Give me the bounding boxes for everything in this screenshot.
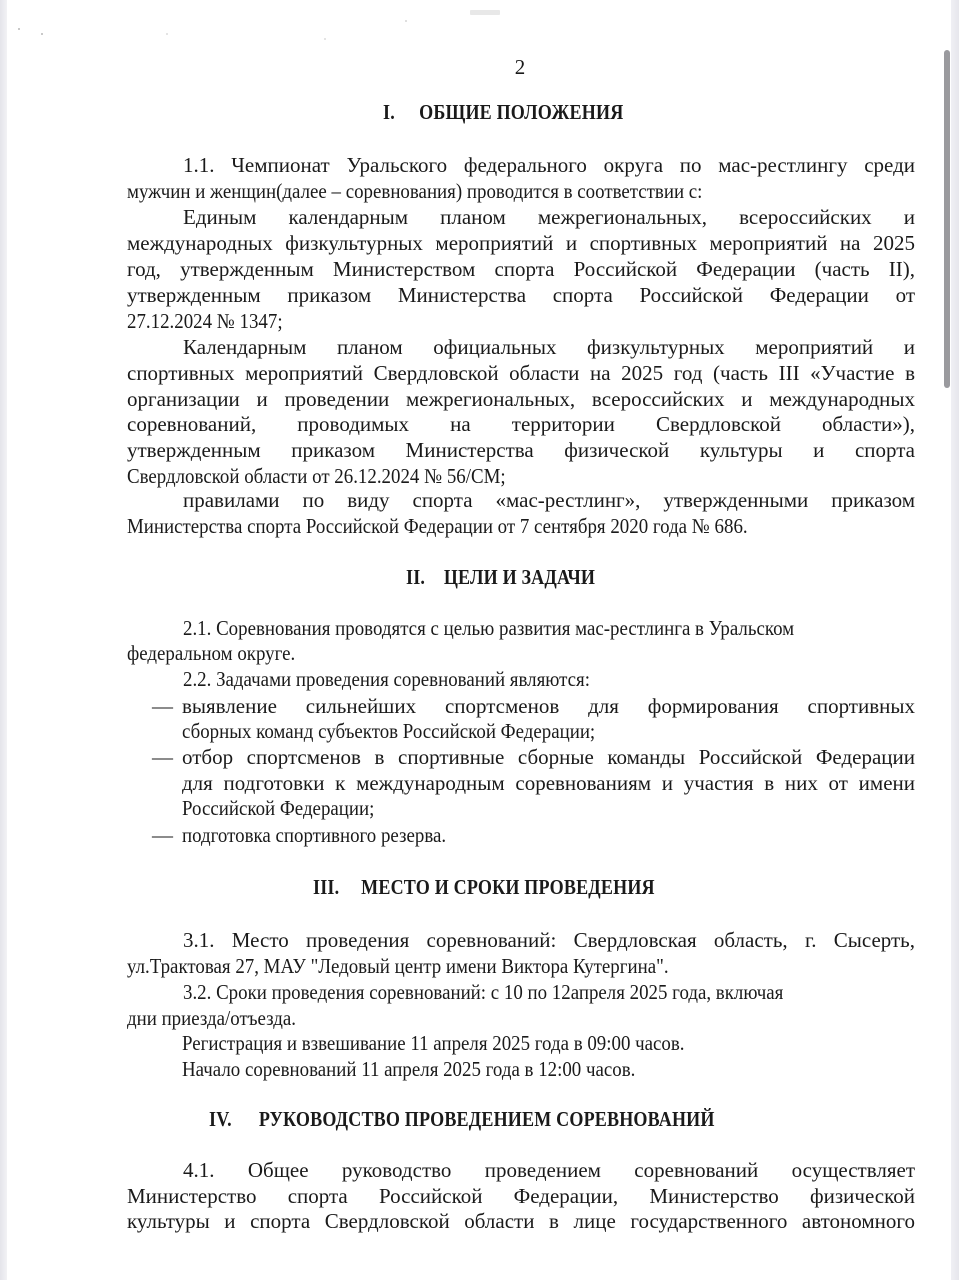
paragraph-line: 2.1. Соревнования проводятся с целью раз… — [183, 616, 794, 640]
paragraph-line: Начало соревнований 11 апреля 2025 года … — [182, 1057, 635, 1081]
viewer-left-edge — [0, 0, 7, 1280]
paragraph-line: правилами по виду спорта «мас-рестлинг»,… — [183, 488, 915, 512]
scan-speck — [324, 38, 326, 40]
paragraph-line: Регистрация и взвешивание 11 апреля 2025… — [182, 1031, 685, 1055]
paragraph-line: 4.1. Общее руководство проведением сорев… — [183, 1158, 915, 1182]
section-number: II. — [406, 565, 444, 589]
paragraph-line: утвержденным приказом Министерства спорт… — [127, 283, 915, 307]
page-number: 2 — [0, 56, 959, 78]
paragraph-line: ул.Трактовая 27, МАУ "Ледовый центр имен… — [127, 954, 669, 978]
section-title: РУКОВОДСТВО ПРОВЕДЕНИЕМ СОРЕВНОВАНИЙ — [259, 1107, 715, 1131]
paragraph-line: спортивных мероприятий Свердловской обла… — [127, 361, 915, 385]
section-number: III. — [313, 875, 361, 899]
paragraph-line: 2.2. Задачами проведения соревнований яв… — [183, 667, 590, 691]
list-bullet-dash: — — [152, 823, 173, 847]
paragraph-line: международных физкультурных мероприятий … — [127, 231, 915, 255]
scan-speck — [405, 20, 407, 22]
list-item-line: Российской Федерации; — [182, 796, 374, 820]
paragraph-line: год, утвержденным Министерством спорта Р… — [127, 257, 915, 281]
list-item-line: выявление сильнейших спортсменов для фор… — [182, 694, 915, 718]
scan-speck — [470, 10, 500, 15]
paragraph-line: 3.1. Место проведения соревнований: Свер… — [183, 928, 915, 952]
list-bullet-dash: — — [152, 694, 173, 718]
scrollbar-track[interactable] — [951, 0, 959, 1280]
paragraph-line: Календарным планом официальных физкульту… — [183, 335, 915, 359]
paragraph-line: культуры и спорта Свердловской области в… — [127, 1209, 915, 1233]
paragraph-line: Единым календарным планом межрегиональны… — [183, 205, 915, 229]
paragraph-line: Свердловской области от 26.12.2024 № 56/… — [127, 464, 506, 488]
section-heading-3: III.МЕСТО И СРОКИ ПРОВЕДЕНИЯ — [313, 875, 655, 899]
paragraph-line: мужчин и женщин(далее – соревнования) пр… — [127, 179, 702, 203]
list-item-line: для подготовки к международным соревнова… — [182, 771, 915, 795]
section-heading-4: IV.РУКОВОДСТВО ПРОВЕДЕНИЕМ СОРЕВНОВАНИЙ — [209, 1107, 715, 1131]
paragraph-line: 1.1. Чемпионат Уральского федерального о… — [183, 153, 915, 177]
paragraph-line: Министерства спорта Российской Федерации… — [127, 514, 748, 538]
section-title: ЦЕЛИ И ЗАДАЧИ — [444, 565, 595, 589]
scan-speck — [166, 33, 168, 35]
scrollbar-thumb[interactable] — [944, 50, 950, 388]
paragraph-line: соревнований, проводимых на территории С… — [127, 412, 915, 436]
section-title: МЕСТО И СРОКИ ПРОВЕДЕНИЯ — [361, 875, 655, 899]
paragraph-line: организации и проведении межрегиональных… — [127, 387, 915, 411]
paragraph-line: 3.2. Сроки проведения соревнований: с 10… — [183, 980, 783, 1004]
list-item-line: сборных команд субъектов Российской Феде… — [182, 719, 595, 743]
section-number: IV. — [209, 1107, 259, 1131]
paragraph-line: 27.12.2024 № 1347; — [127, 309, 283, 333]
list-item-line: отбор спортсменов в спортивные сборные к… — [182, 745, 915, 769]
scan-speck — [18, 28, 20, 30]
paragraph-line: утвержденным приказом Министерства физич… — [127, 438, 915, 462]
paragraph-line: Министерство спорта Российской Федерации… — [127, 1184, 915, 1208]
section-number: I. — [383, 100, 419, 124]
section-heading-2: II.ЦЕЛИ И ЗАДАЧИ — [406, 565, 595, 589]
paragraph-line: федеральном округе. — [127, 641, 295, 665]
section-heading-1: I.ОБЩИЕ ПОЛОЖЕНИЯ — [383, 100, 623, 124]
paragraph-line: дни приезда/отъезда. — [127, 1006, 296, 1030]
scan-speck — [41, 33, 43, 35]
section-title: ОБЩИЕ ПОЛОЖЕНИЯ — [419, 100, 623, 124]
list-bullet-dash: — — [152, 745, 173, 769]
list-item-line: подготовка спортивного резерва. — [182, 823, 446, 847]
